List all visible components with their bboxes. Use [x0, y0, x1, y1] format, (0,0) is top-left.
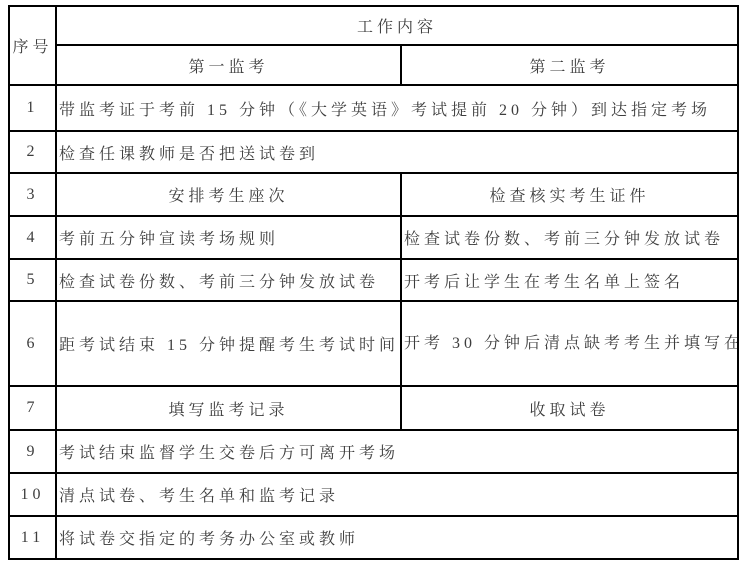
table-row: 7 填写监考记录 收取试卷 [9, 386, 738, 430]
second-invigilator-task-cell: 检查试卷份数、考前三分钟发放试卷 [401, 216, 738, 259]
merged-task-cell: 清点试卷、考生名单和监考记录 [56, 473, 738, 516]
header-row-invigilators: 第一监考 第二监考 [9, 45, 738, 85]
header-row-work-content: 序号 工作内容 [9, 6, 738, 45]
seq-cell: 10 [9, 473, 56, 516]
header-work-content-cell: 工作内容 [56, 6, 738, 45]
invigilator-duty-table: 序号 工作内容 第一监考 第二监考 1 带监考证于考前 15 分钟（《大学英语》… [8, 5, 739, 560]
document-page: 序号 工作内容 第一监考 第二监考 1 带监考证于考前 15 分钟（《大学英语》… [0, 0, 745, 565]
table-row: 2 检查任课教师是否把送试卷到 [9, 131, 738, 173]
first-invigilator-task-cell: 填写监考记录 [56, 386, 401, 430]
seq-cell: 5 [9, 259, 56, 301]
seq-cell: 9 [9, 430, 56, 473]
table-row: 1 带监考证于考前 15 分钟（《大学英语》考试提前 20 分钟）到达指定考场 [9, 85, 738, 131]
first-invigilator-task-cell: 检查试卷份数、考前三分钟发放试卷 [56, 259, 401, 301]
seq-cell: 1 [9, 85, 56, 131]
seq-cell: 6 [9, 301, 56, 386]
merged-task-cell: 将试卷交指定的考务办公室或教师 [56, 516, 738, 559]
seq-cell: 7 [9, 386, 56, 430]
table-row: 3 安排考生座次 检查核实考生证件 [9, 173, 738, 216]
seq-cell: 3 [9, 173, 56, 216]
table-row: 9 考试结束监督学生交卷后方可离开考场 [9, 430, 738, 473]
merged-task-cell: 带监考证于考前 15 分钟（《大学英语》考试提前 20 分钟）到达指定考场 [56, 85, 738, 131]
seq-cell: 11 [9, 516, 56, 559]
second-invigilator-task-cell: 收取试卷 [401, 386, 738, 430]
merged-task-cell: 检查任课教师是否把送试卷到 [56, 131, 738, 173]
header-second-invigilator-cell: 第二监考 [401, 45, 738, 85]
first-invigilator-task-cell: 安排考生座次 [56, 173, 401, 216]
table-row: 11 将试卷交指定的考务办公室或教师 [9, 516, 738, 559]
second-invigilator-task-cell: 开考后让学生在考生名单上签名 [401, 259, 738, 301]
first-invigilator-task-cell: 考前五分钟宣读考场规则 [56, 216, 401, 259]
table-row: 4 考前五分钟宣读考场规则 检查试卷份数、考前三分钟发放试卷 [9, 216, 738, 259]
merged-task-cell: 考试结束监督学生交卷后方可离开考场 [56, 430, 738, 473]
table-row: 6 距考试结束 15 分钟提醒考生考试时间 开考 30 分钟后清点缺考考生并填写… [9, 301, 738, 386]
seq-cell: 4 [9, 216, 56, 259]
second-invigilator-task-cell: 开考 30 分钟后清点缺考考生并填写在监考记录上 [401, 301, 738, 386]
first-invigilator-task-cell: 距考试结束 15 分钟提醒考生考试时间 [56, 301, 401, 386]
table-row: 10 清点试卷、考生名单和监考记录 [9, 473, 738, 516]
header-first-invigilator-cell: 第一监考 [56, 45, 401, 85]
table-row: 5 检查试卷份数、考前三分钟发放试卷 开考后让学生在考生名单上签名 [9, 259, 738, 301]
header-seq-cell: 序号 [9, 6, 56, 85]
seq-cell: 2 [9, 131, 56, 173]
second-invigilator-task-cell: 检查核实考生证件 [401, 173, 738, 216]
